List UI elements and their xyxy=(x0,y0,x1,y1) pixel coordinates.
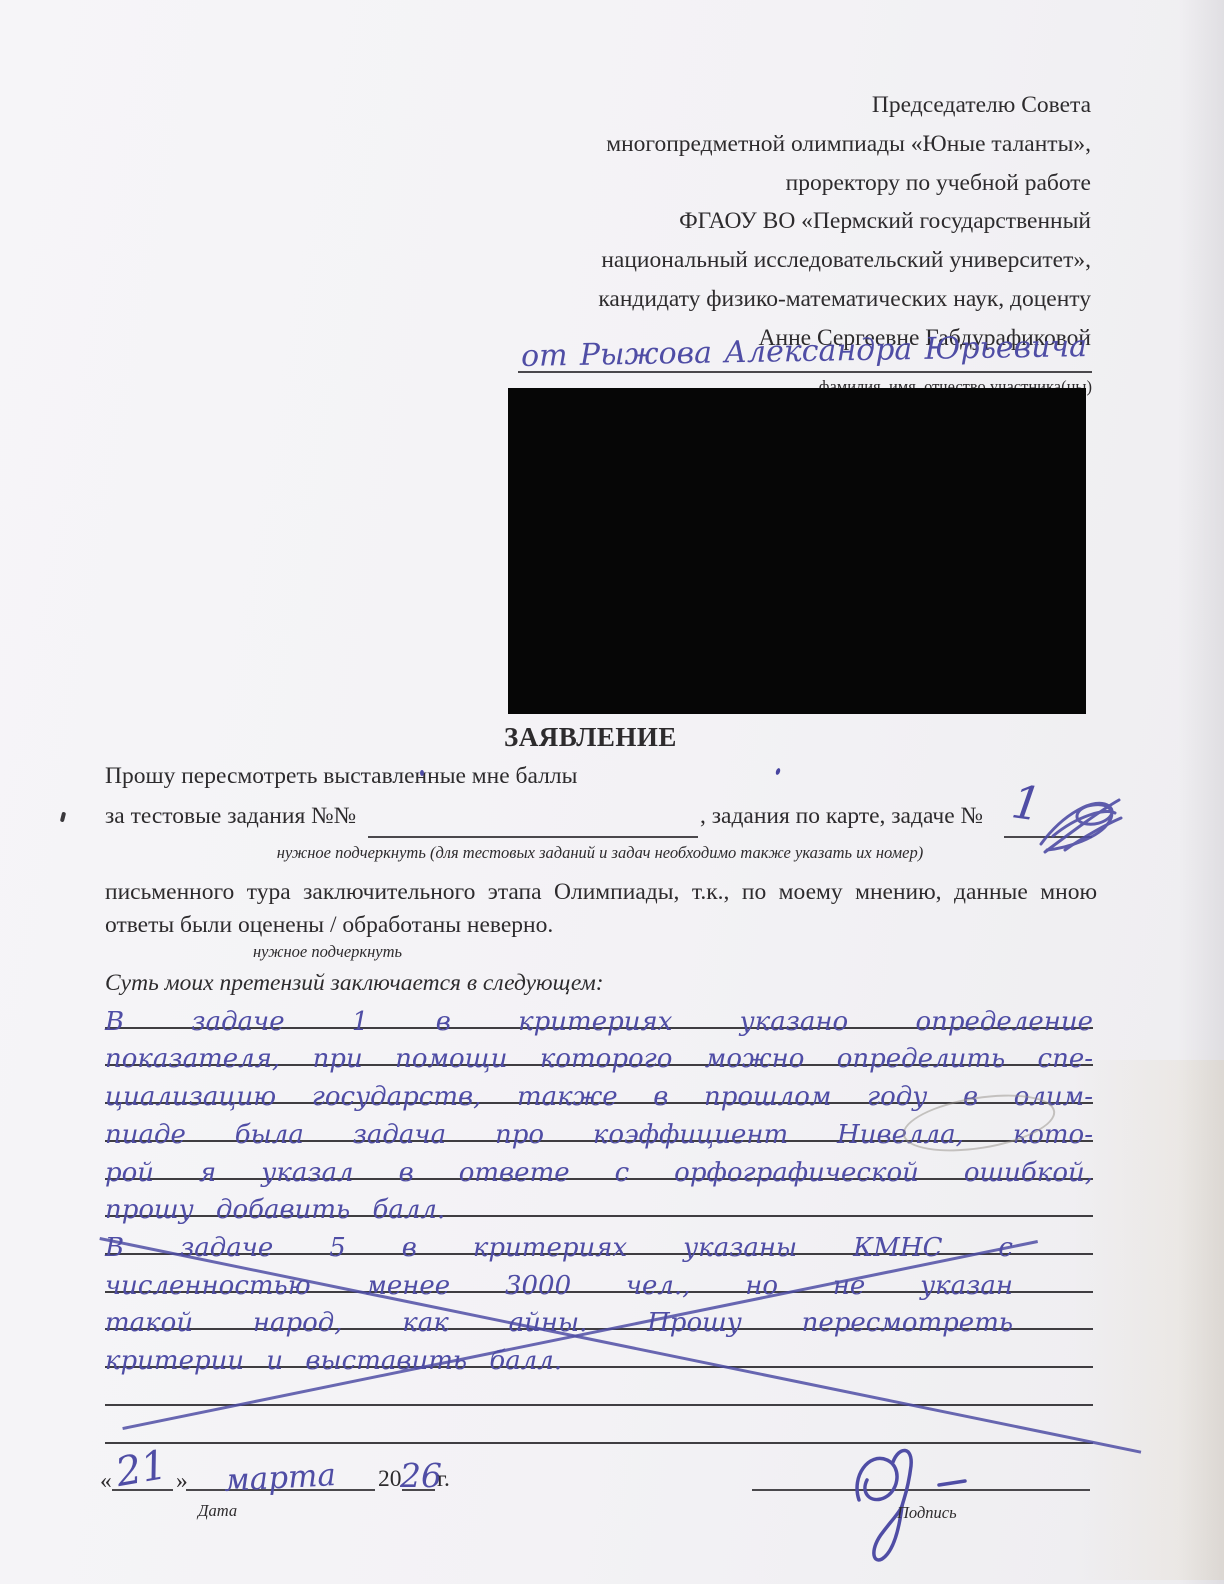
from-underline xyxy=(518,371,1092,373)
ruled-line-row: В задаче 5 в критериях указаны КМНС с xyxy=(105,1217,1093,1255)
ink-speck xyxy=(420,770,424,776)
addressee-line: ФГАОУ ВО «Пермский государственный xyxy=(598,202,1091,241)
ruled-line-row: показателя, при помощи которого можно оп… xyxy=(105,1029,1093,1067)
footnote-underline-note: нужное подчеркнуть (для тестовых заданий… xyxy=(105,843,1095,863)
addressee-line: национальный исследовательский университ… xyxy=(598,241,1091,280)
document-title: ЗАЯВЛЕНИЕ xyxy=(504,722,677,753)
addressee-line: проректору по учебной работе xyxy=(598,164,1091,203)
tests-label: за тестовые задания №№ xyxy=(105,803,356,830)
ink-speck xyxy=(775,768,781,776)
footnote-underline-note-2: нужное подчеркнуть xyxy=(253,942,402,962)
scan-mark xyxy=(60,812,66,823)
handwritten-month: марта xyxy=(223,1457,337,1499)
day-underline xyxy=(112,1489,173,1491)
body-paragraph: письменного тура заключительного этапа О… xyxy=(105,876,1097,942)
ruled-line-row: прошу добавить балл. xyxy=(105,1180,1093,1218)
scanned-application-page: Председателю Совета многопредметной олим… xyxy=(0,0,1224,1584)
ruled-line-row: В задаче 1 в критериях указано определен… xyxy=(105,991,1093,1029)
addressee-block: Председателю Совета многопредметной олим… xyxy=(598,86,1091,358)
year-prefix: 20 xyxy=(378,1466,402,1493)
year-suffix: г. xyxy=(437,1466,450,1493)
addressee-line: кандидату физико-математических наук, до… xyxy=(598,280,1091,319)
quote-open: « xyxy=(100,1468,112,1495)
ruled-line-row: такой народ, как айны. Прошу пересмотрет… xyxy=(105,1293,1093,1331)
addressee-line: многопредметной олимпиады «Юные таланты»… xyxy=(598,125,1091,164)
redaction-box xyxy=(508,388,1086,714)
handwritten-year: 26 xyxy=(400,1456,442,1495)
scan-edge-tint xyxy=(1074,1060,1224,1580)
claims-section: В задаче 1 в критериях указано определен… xyxy=(105,991,1093,1444)
request-line: Прошу пересмотреть выставленные мне балл… xyxy=(105,763,577,790)
ruled-line-row: критерии и выставить балл. xyxy=(105,1330,1093,1368)
map-task-label: , задания по карте, задаче № xyxy=(700,803,983,830)
addressee-line: Председателю Совета xyxy=(598,86,1091,125)
ruled-line-row: циализацию государств, также в прошлом г… xyxy=(105,1066,1093,1104)
tests-blank-underline xyxy=(368,836,698,838)
date-label: Дата xyxy=(198,1501,237,1521)
handwritten-day: 21 xyxy=(112,1442,170,1496)
signature-label: Подпись xyxy=(897,1503,957,1523)
